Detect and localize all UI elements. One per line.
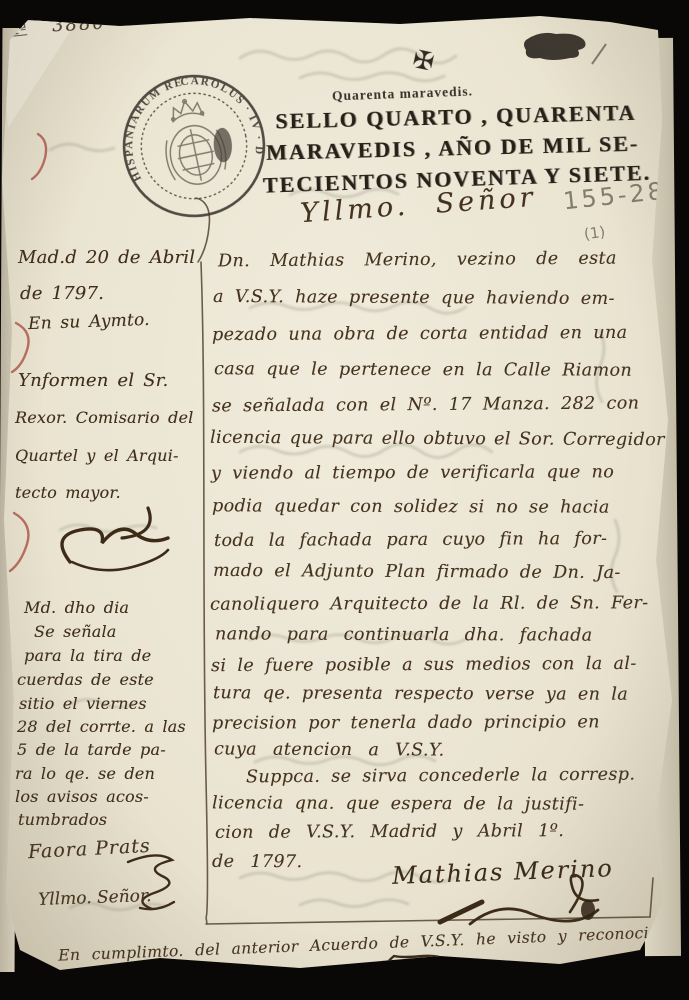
manuscript-page: 2ª 3880 155-28 (1) HISPANIARUM REX CAROL… xyxy=(0,0,689,1000)
body-line-13: si le fuere posible a sus medios con la … xyxy=(211,654,637,676)
body-line-1: Dn. Mathias Merino, vezino de esta xyxy=(218,249,617,272)
body-line-3: pezado una obra de corta entidad en una xyxy=(212,323,628,345)
body-line-11: canoliquero Arquitecto de la Rl. de Sn. … xyxy=(210,593,649,615)
body-line-7: y viendo al tiempo de verificarla que no xyxy=(211,462,614,483)
body-line-4: casa que le pertenece en la Calle Riamon xyxy=(214,359,632,380)
body-line-12: nando para continuarla dha. fachada xyxy=(215,624,593,645)
body-line-6: licencia que para ello obtuvo el Sor. Co… xyxy=(210,428,665,450)
body-line-10: mado el Adjunto Plan firmado de Dn. Ja- xyxy=(213,561,621,583)
body-line-20: de 1797. xyxy=(212,852,302,872)
body-line-19: cion de V.S.Y. Madrid y Abril 1º. xyxy=(215,821,564,843)
footer-rubric xyxy=(360,948,460,993)
body-line-17: Suppca. se sirva concederle la corresp. xyxy=(246,765,635,788)
body-line-18: licencia qna. que espera de la justifi- xyxy=(212,793,584,814)
body-line-14: tura qe. presenta respecto verse ya en l… xyxy=(213,683,628,704)
photographed-manuscript: { "document": { "archival": { "corner_ma… xyxy=(0,0,689,1000)
body-line-8: podia quedar con solidez si no se hacia xyxy=(212,496,610,517)
body-line-15: precision por tenerla dado principio en xyxy=(212,712,600,733)
body-line-5: se señalada con el Nº. 17 Manza. 282 con xyxy=(212,394,639,417)
body-line-2: a V.S.Y. haze presente que haviendo em- xyxy=(213,287,615,309)
body-line-16: cuya atencion a V.S.Y. xyxy=(214,739,445,760)
body-line-9: toda la fachada para cuyo fin ha for- xyxy=(214,529,607,551)
